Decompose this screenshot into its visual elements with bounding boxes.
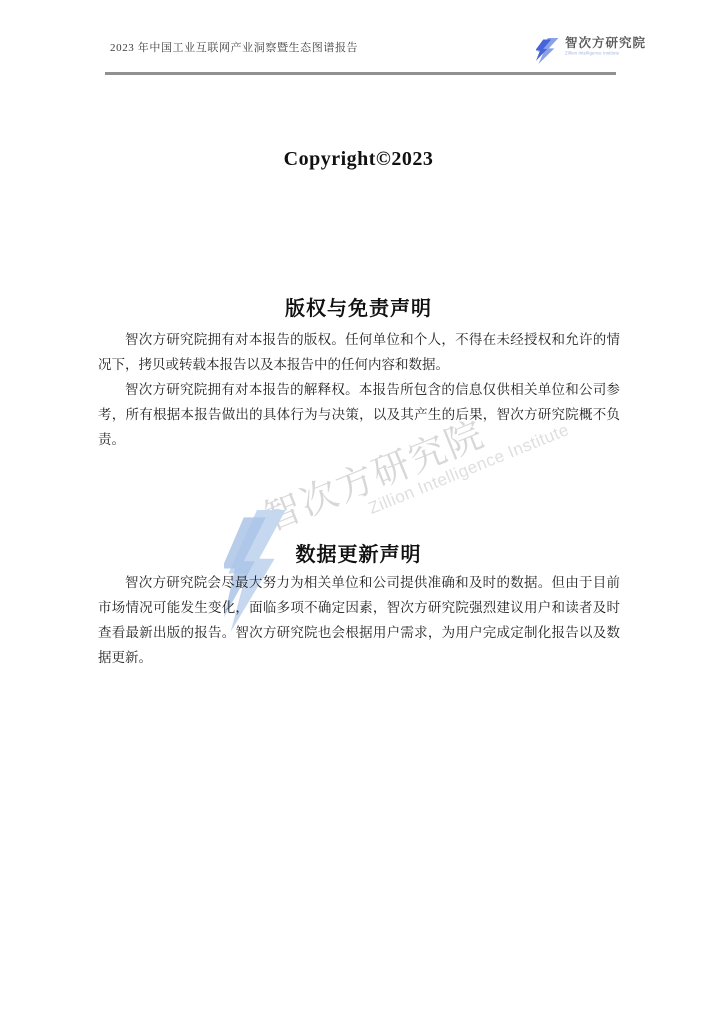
brand-logo: 智次方研究院 Zillion Intelligence Institute — [536, 36, 694, 64]
report-page: 智次方研究院 Zillion Intelligence Institute 20… — [0, 0, 724, 1024]
paragraph: 智次方研究院拥有对本报告的版权。任何单位和个人，不得在未经授权和允许的情况下，拷… — [98, 327, 620, 377]
paragraph: 智次方研究院拥有对本报告的解释权。本报告所包含的信息仅供相关单位和公司参考，所有… — [98, 377, 620, 452]
report-title: 2023 年中国工业互联网产业洞察暨生态图谱报告 — [110, 39, 358, 55]
z-lightning-icon — [536, 38, 560, 64]
paragraph: 智次方研究院会尽最大努力为相关单位和公司提供准确和及时的数据。但由于目前市场情况… — [98, 570, 620, 670]
header-divider — [105, 72, 616, 75]
section-copyright-disclaimer-body: 智次方研究院拥有对本报告的版权。任何单位和个人，不得在未经授权和允许的情况下，拷… — [98, 327, 620, 452]
section-data-update-body: 智次方研究院会尽最大努力为相关单位和公司提供准确和及时的数据。但由于目前市场情况… — [98, 570, 620, 670]
brand-name: 智次方研究院 — [565, 36, 694, 51]
section-heading-data-update: 数据更新声明 — [98, 538, 619, 567]
brand-subtitle: Zillion Intelligence Institute — [565, 51, 695, 56]
section-heading-copyright-disclaimer: 版权与免责声明 — [98, 292, 619, 321]
brand-logo-text: 智次方研究院 Zillion Intelligence Institute — [565, 36, 694, 62]
copyright-line: Copyright©2023 — [98, 148, 619, 171]
